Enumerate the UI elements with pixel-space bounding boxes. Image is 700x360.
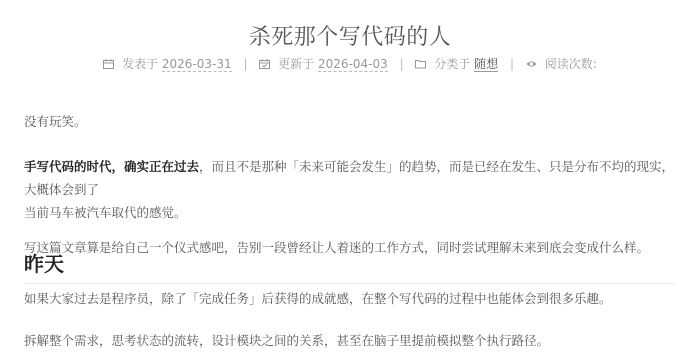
published-label: 发表于 — [122, 57, 158, 71]
paragraph: 如果大家过去是程序员，除了「完成任务」后获得的成就感，在整个写代码的过程中也能体… — [24, 287, 676, 310]
category-link[interactable]: 随想 — [474, 57, 498, 72]
published-meta: 发表于 2026-03-31 — [103, 55, 231, 72]
calendar-icon — [103, 59, 114, 69]
calendar-check-icon — [259, 59, 270, 69]
post-meta: 发表于 2026-03-31 | 更新于 2026-04-03 | 分类于 随想… — [0, 55, 700, 72]
meta-separator: | — [400, 57, 404, 71]
updated-date: 2026-04-03 — [318, 57, 388, 72]
section-heading: 昨天 — [24, 251, 676, 284]
category-meta: 分类于 随想 — [415, 55, 498, 72]
views-meta: 阅读次数: — [526, 55, 597, 72]
post-body: 没有玩笑。 手写代码的时代，确实正在过去，而且不是那种「未来可能会发生」的趋势，… — [24, 110, 676, 259]
paragraph: 没有玩笑。 — [24, 110, 676, 133]
post: 杀死那个写代码的人 发表于 2026-03-31 | 更新于 2026-04-0… — [0, 0, 700, 360]
paragraph: 手写代码的时代，确实正在过去，而且不是那种「未来可能会发生」的趋势，而是已经在发… — [24, 155, 676, 224]
views-label: 阅读次数: — [545, 57, 597, 71]
eye-icon — [526, 59, 537, 69]
category-label: 分类于 — [434, 57, 470, 71]
published-date: 2026-03-31 — [162, 57, 232, 72]
folder-icon — [415, 59, 426, 69]
paragraph-text: 当前马车被汽车取代的感觉。 — [24, 205, 187, 220]
meta-separator: | — [510, 57, 514, 71]
bold-text: 手写代码的时代，确实正在过去 — [24, 159, 199, 174]
updated-meta: 更新于 2026-04-03 — [259, 55, 387, 72]
section-body: 如果大家过去是程序员，除了「完成任务」后获得的成就感，在整个写代码的过程中也能体… — [24, 287, 676, 352]
updated-label: 更新于 — [278, 57, 314, 71]
paragraph: 拆解整个需求，思考状态的流转，设计模块之间的关系，甚至在脑子里提前模拟整个执行路… — [24, 329, 676, 352]
meta-separator: | — [243, 57, 247, 71]
post-title: 杀死那个写代码的人 — [0, 20, 700, 51]
